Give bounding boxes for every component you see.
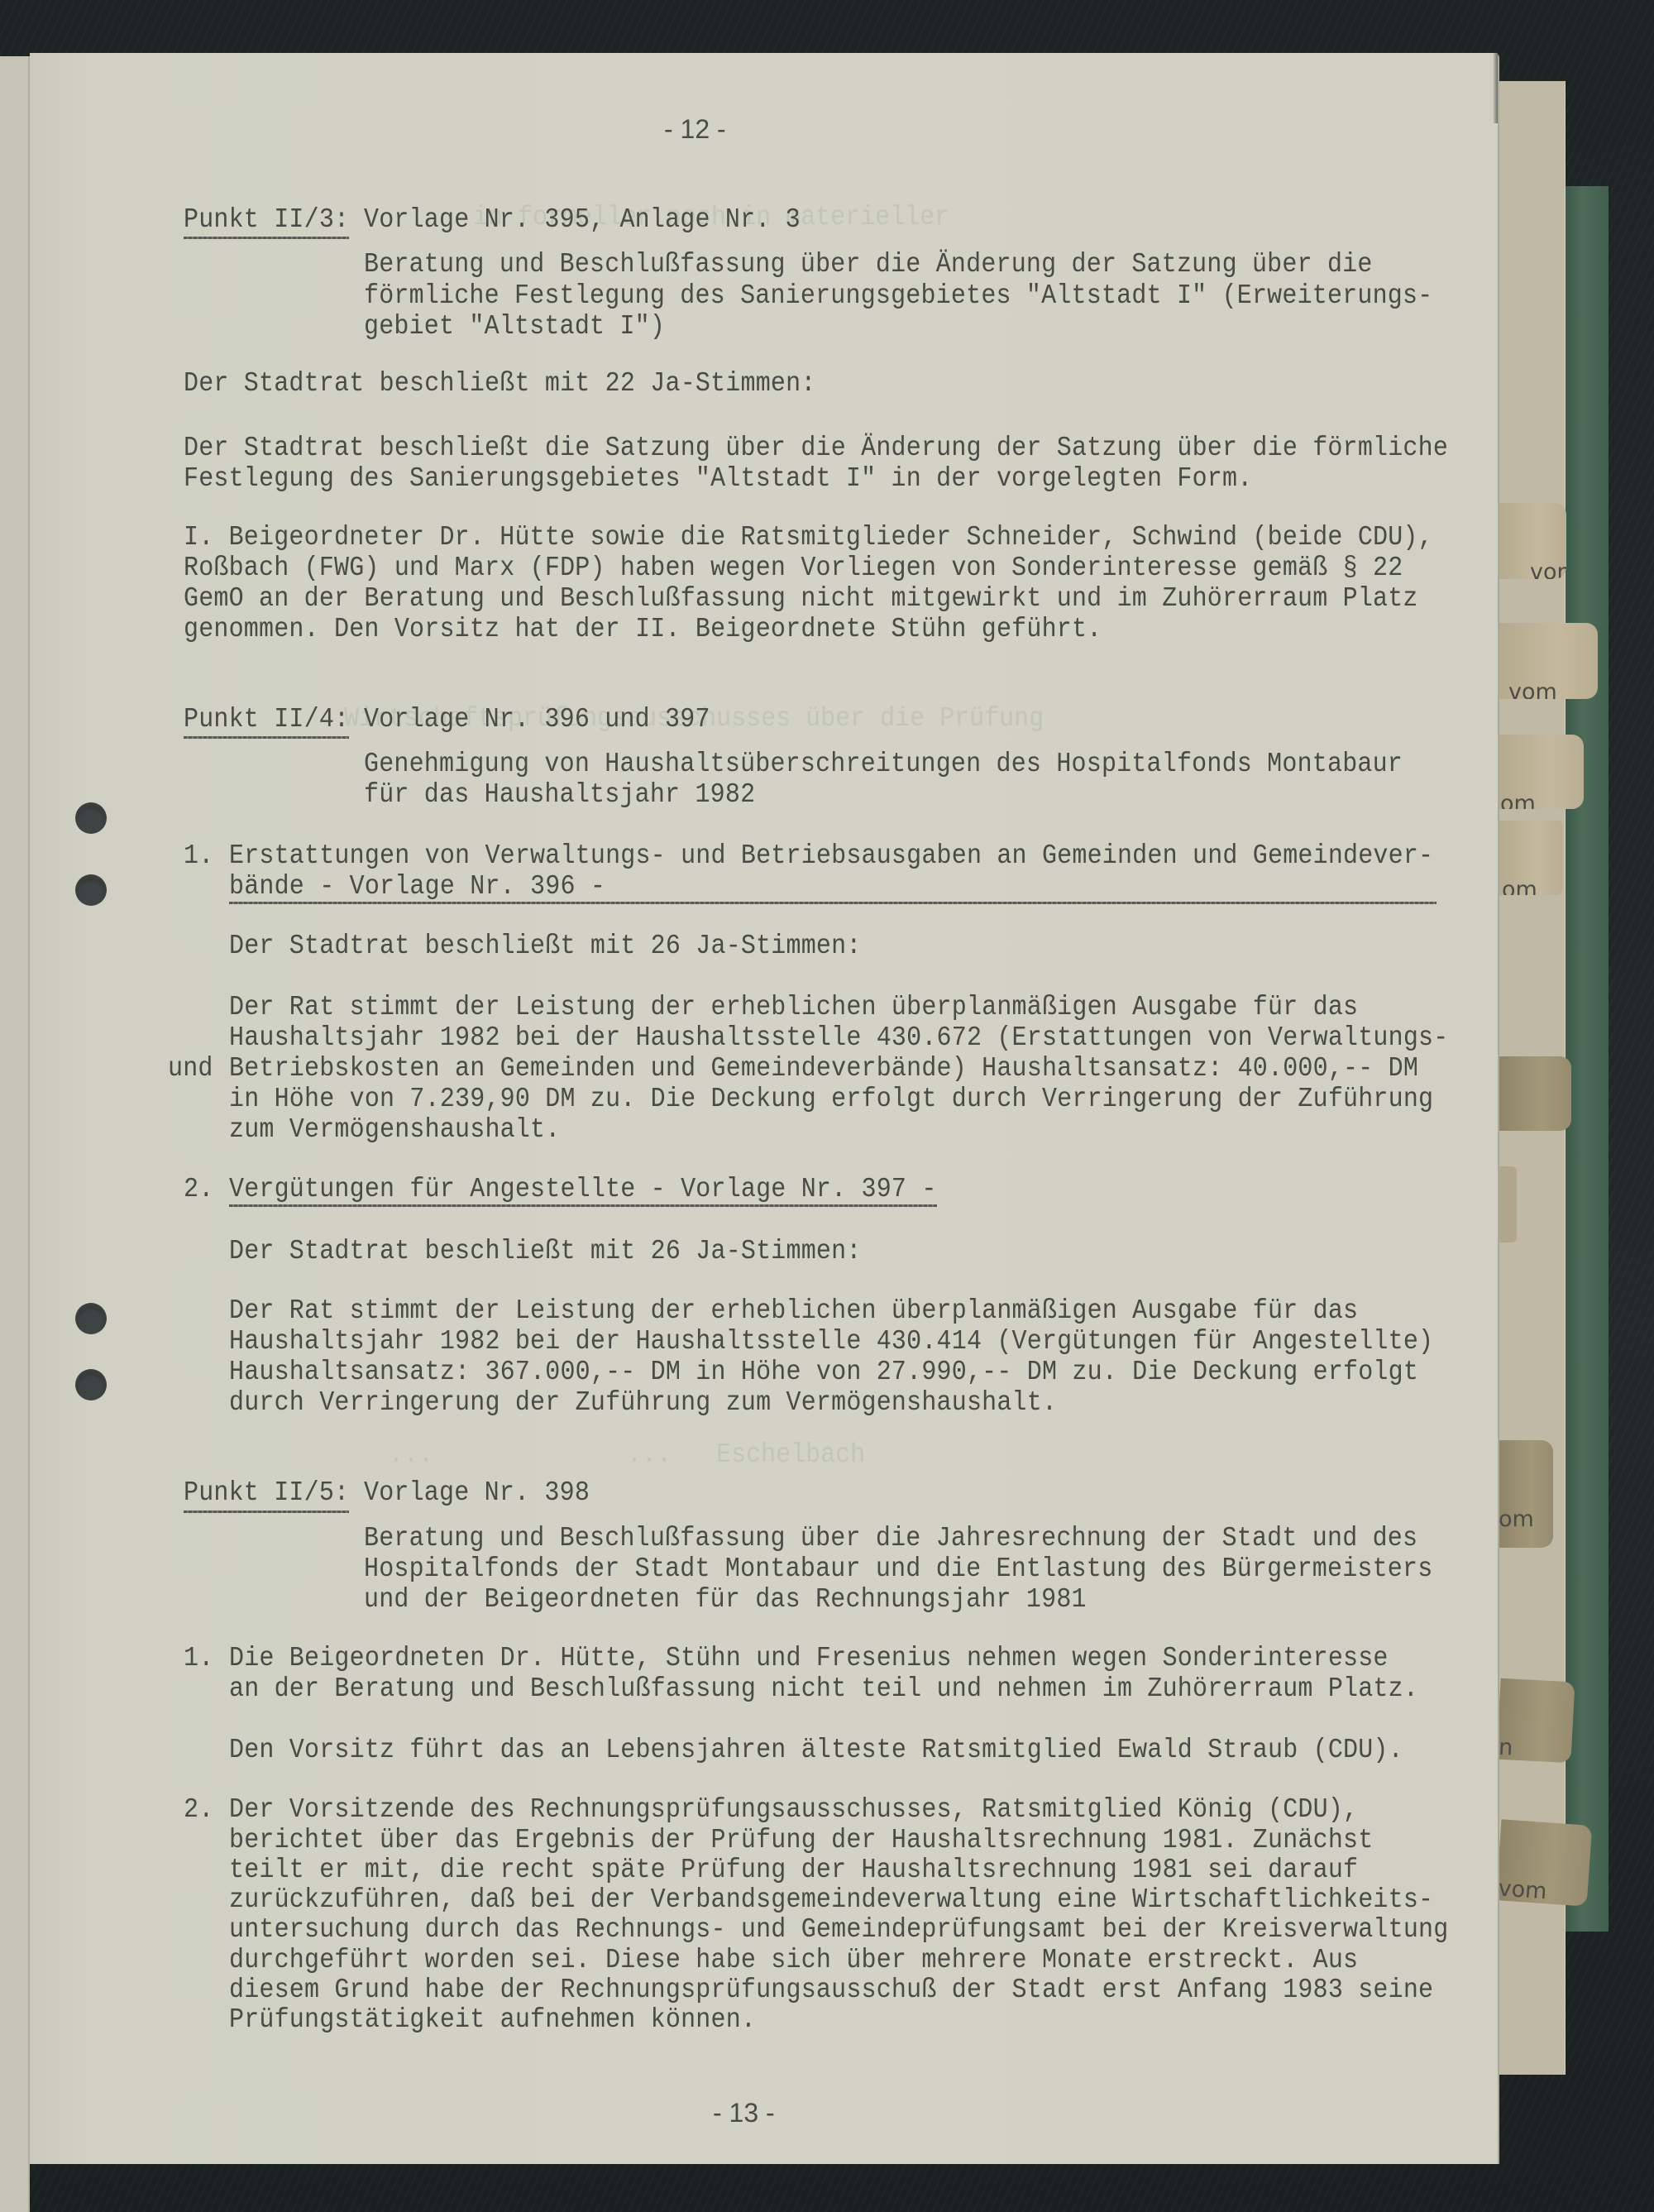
item-number: 1. bbox=[184, 840, 213, 873]
item-text: durchgeführt worden sei. Diese habe sich… bbox=[229, 1944, 1358, 1977]
item-text: berichtet über das Ergebnis der Prüfung … bbox=[229, 1824, 1373, 1857]
index-tab[interactable]: vom 1983 VIII bbox=[1499, 503, 1566, 579]
tab-label: om bbox=[1499, 1506, 1553, 1532]
item-title-underline bbox=[229, 1204, 937, 1207]
section-label: Punkt II/3: bbox=[184, 203, 349, 237]
item-text: Prüfungstätigkeit aufnehmen können. bbox=[229, 2004, 756, 2037]
item-text: teilt er mit, die recht späte Prüfung de… bbox=[229, 1854, 1358, 1887]
section-label-underline bbox=[184, 736, 349, 739]
vote-result: Der Stadtrat beschließt mit 26 Ja-Stimme… bbox=[229, 930, 862, 963]
punch-hole bbox=[75, 1369, 107, 1400]
page-number-footer: - 13 - bbox=[713, 2098, 775, 2128]
section-label: Punkt II/5: bbox=[184, 1477, 349, 1510]
item-title: Erstattungen von Verwaltungs- und Betrie… bbox=[229, 840, 1433, 873]
item-text: zurückzuführen, daß bei der Verbandsgeme… bbox=[229, 1884, 1433, 1917]
item-number: 2. bbox=[184, 1173, 213, 1206]
punch-hole bbox=[75, 874, 107, 906]
resolution-text: durch Verringerung der Zuführung zum Ver… bbox=[229, 1386, 1057, 1420]
index-tab[interactable]: vom 3 III bbox=[1496, 1819, 1593, 1906]
item-title-underline bbox=[229, 902, 1436, 904]
note-text: genommen. Den Vorsitz hat der II. Beigeo… bbox=[184, 613, 1102, 646]
tab-label: vom bbox=[1499, 679, 1598, 699]
item-text: untersuchung durch das Rechnungs- und Ge… bbox=[229, 1913, 1448, 1946]
section-reference: Vorlage Nr. 396 und 397 bbox=[364, 703, 710, 736]
note-text: GemO an der Beratung und Beschlußfassung… bbox=[184, 582, 1418, 615]
index-tab[interactable]: om 983 III bbox=[1499, 821, 1563, 895]
bleed-through-text: ... ... Eschelbach bbox=[240, 1439, 865, 1471]
section-reference: Vorlage Nr. 395, Anlage Nr. 3 bbox=[364, 203, 801, 237]
punch-hole bbox=[75, 1303, 107, 1334]
item-text: diesem Grund habe der Rechnungsprüfungsa… bbox=[229, 1974, 1433, 2007]
resolution-text: Der Rat stimmt der Leistung der erheblic… bbox=[229, 1295, 1358, 1328]
section-label-underline bbox=[184, 237, 349, 239]
tab-label: vom bbox=[1499, 559, 1566, 579]
resolution-text: Festlegung des Sanierungsgebietes "Altst… bbox=[184, 462, 1252, 496]
section-subject: förmliche Festlegung des Sanierungsgebie… bbox=[364, 280, 1432, 313]
binder-spine-strip bbox=[1566, 186, 1609, 1932]
note-text: I. Beigeordneter Dr. Hütte sowie die Rat… bbox=[184, 521, 1433, 554]
index-tab[interactable]: n I bbox=[1496, 1678, 1575, 1764]
item-title: bände - Vorlage Nr. 396 - bbox=[229, 870, 605, 903]
note-text: Roßbach (FWG) und Marx (FDP) haben wegen… bbox=[184, 552, 1403, 585]
resolution-text: in Höhe von 7.239,90 DM zu. Die Deckung … bbox=[229, 1083, 1433, 1116]
vote-result: Der Stadtrat beschließt mit 22 Ja-Stimme… bbox=[184, 367, 816, 400]
section-subject: Beratung und Beschlußfassung über die Än… bbox=[364, 248, 1373, 281]
section-label-underline bbox=[184, 1511, 349, 1513]
item-text: Den Vorsitz führt das an Lebensjahren äl… bbox=[229, 1734, 1403, 1767]
vote-result: Der Stadtrat beschließt mit 26 Ja-Stimme… bbox=[229, 1235, 862, 1268]
section-subject: und der Beigeordneten für das Rechnungsj… bbox=[364, 1583, 1087, 1616]
section-subject: Beratung und Beschlußfassung über die Ja… bbox=[364, 1522, 1417, 1555]
index-tab[interactable]: vom 1983 VIII bbox=[1499, 623, 1598, 699]
resolution-text: Haushaltsansatz: 367.000,-- DM in Höhe v… bbox=[229, 1356, 1418, 1389]
tab-label: om bbox=[1499, 791, 1584, 809]
margin-word: und bbox=[168, 1052, 213, 1085]
item-number: 2. bbox=[184, 1793, 213, 1827]
section-subject: für das Haushaltsjahr 1982 bbox=[364, 778, 755, 812]
section-label: Punkt II/4: bbox=[184, 703, 349, 736]
section-subject: Hospitalfonds der Stadt Montabaur und di… bbox=[364, 1553, 1432, 1586]
item-text: Der Vorsitzende des Rechnungsprüfungsaus… bbox=[229, 1793, 1358, 1827]
resolution-text: Haushaltsjahr 1982 bei der Haushaltsstel… bbox=[229, 1022, 1448, 1055]
previous-page-edge bbox=[0, 56, 30, 2212]
page-corner-shadow bbox=[1493, 53, 1498, 123]
tab-label: n bbox=[1496, 1735, 1571, 1764]
item-number: 1. bbox=[184, 1642, 213, 1675]
resolution-text: Betriebskosten an Gemeinden und Gemeinde… bbox=[229, 1052, 1418, 1085]
page-number-header: - 12 - bbox=[664, 114, 726, 145]
punch-hole bbox=[75, 802, 107, 834]
item-text: Die Beigeordneten Dr. Hütte, Stühn und F… bbox=[229, 1642, 1389, 1675]
resolution-text: Der Rat stimmt der Leistung der erheblic… bbox=[229, 991, 1358, 1024]
index-tab[interactable]: om 3 II bbox=[1499, 1440, 1553, 1548]
index-tab[interactable]: om 983 III bbox=[1499, 735, 1584, 809]
tab-label: om bbox=[1499, 877, 1563, 895]
section-subject: gebiet "Altstadt I") bbox=[364, 310, 665, 343]
item-title: Vergütungen für Angestellte - Vorlage Nr… bbox=[229, 1173, 937, 1206]
resolution-text: zum Vermögenshaushalt. bbox=[229, 1113, 560, 1147]
index-tab[interactable]: 3 I bbox=[1499, 1056, 1571, 1131]
section-reference: Vorlage Nr. 398 bbox=[364, 1477, 590, 1510]
resolution-text: Der Stadtrat beschließt die Satzung über… bbox=[184, 432, 1448, 465]
resolution-text: Haushaltsjahr 1982 bei der Haushaltsstel… bbox=[229, 1325, 1433, 1358]
item-text: an der Beratung und Beschlußfassung nich… bbox=[229, 1673, 1418, 1706]
section-subject: Genehmigung von Haushaltsüberschreitunge… bbox=[364, 748, 1403, 781]
index-tab[interactable]: I bbox=[1499, 1166, 1517, 1242]
